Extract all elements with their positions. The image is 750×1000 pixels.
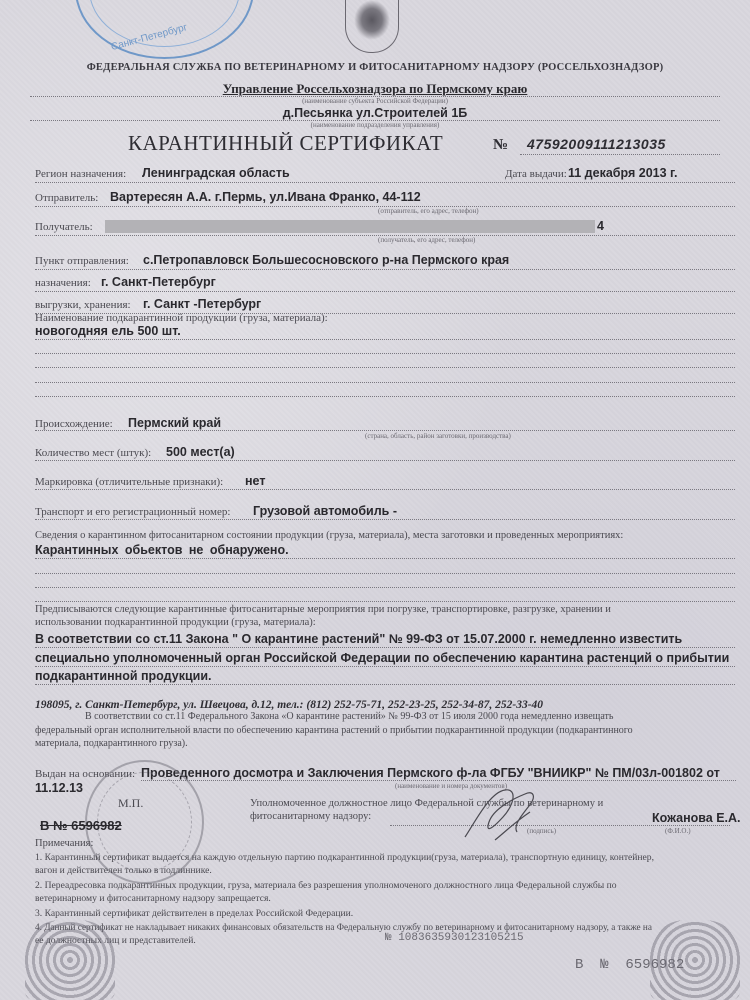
divider: [35, 684, 735, 685]
condition-label: Сведения о карантинном фитосанитарном со…: [35, 530, 623, 541]
origin-caption: (страна, область, район заготовки, произ…: [365, 432, 511, 440]
divider: [35, 182, 735, 183]
law-text-line1: В соответствии со ст.11 Федерального Зак…: [85, 711, 613, 722]
sender-label: Отправитель:: [35, 192, 98, 204]
sender-caption: (отправитель, его адрес, телефон): [378, 207, 479, 215]
coat-of-arms-icon: [345, 0, 399, 53]
document-title: КАРАНТИННЫЙ СЕРТИФИКАТ: [128, 131, 443, 156]
measures-value-line1: В соответствии со ст.11 Закона " О каран…: [35, 632, 682, 646]
law-text-line2: федеральный орган исполнительной власти …: [35, 725, 633, 736]
note-line: 3. Карантинный сертификат действителен в…: [35, 908, 353, 919]
basis-value-line1: Проведенного досмотра и Заключения Пермс…: [141, 766, 720, 780]
divider: [35, 353, 735, 354]
divider: [520, 154, 720, 155]
unloading-label: выгрузки, хранения:: [35, 299, 131, 311]
sender-value: Вартересян А.А. г.Пермь, ул.Ивана Франко…: [110, 190, 421, 204]
divider: [35, 647, 735, 648]
subdivision-caption: (наименование подразделения управления): [0, 121, 750, 129]
official-line1: Уполномоченное должностное лицо Федераль…: [250, 798, 603, 809]
ornament-icon: [25, 920, 115, 1000]
serial-number: № 1083635930123105215: [385, 932, 524, 944]
product-value: новогодняя ель 500 шт.: [35, 324, 181, 338]
note-line: 1. Карантинный сертификат выдается на ка…: [35, 852, 654, 863]
measures-value-line3: подкарантинной продукции.: [35, 669, 211, 683]
quantity-label: Количество мест (штук):: [35, 447, 151, 459]
transport-value: Грузовой автомобиль -: [253, 504, 397, 518]
quantity-value: 500 мест(а): [166, 445, 235, 459]
unloading-value: г. Санкт -Петербург: [143, 297, 261, 311]
divider: [35, 460, 735, 461]
divider: [35, 666, 735, 667]
region-value: Ленинградская область: [142, 166, 290, 180]
issue-date-label: Дата выдачи:: [505, 168, 567, 180]
region-label: Регион назначения:: [35, 168, 126, 180]
measures-value-line2: специально уполномоченный орган Российск…: [35, 651, 729, 665]
divider: [35, 339, 735, 340]
note-line: 2. Переадресовка подкарантинных продукци…: [35, 880, 617, 891]
note-line: вагон и действителен только в подлиннике…: [35, 865, 212, 876]
recipient-label: Получатель:: [35, 221, 93, 233]
address-stamp: 198095, г. Санкт-Петербург, ул. Швецова,…: [35, 699, 543, 711]
form-number-stamp: В № 6596982: [40, 818, 122, 833]
official-name: Кожанова Е.А.: [652, 811, 741, 825]
recipient-caption: (получатель, его адрес, телефон): [378, 236, 475, 244]
subdivision-address: д.Песьянка ул.Строителей 1Б: [0, 106, 750, 120]
recipient-tail: 4: [597, 219, 604, 233]
signature-icon: [455, 782, 550, 847]
agency-name: ФЕДЕРАЛЬНАЯ СЛУЖБА ПО ВЕТЕРИНАРНОМУ И ФИ…: [0, 62, 750, 73]
origin-value: Пермский край: [128, 416, 221, 430]
divider: [35, 601, 735, 602]
basis-value-line2: 11.12.13: [35, 781, 83, 795]
seal-place-label: М.П.: [118, 796, 143, 811]
measures-label-line2: использовании подкарантинной продукции (…: [35, 617, 316, 628]
name-caption: (Ф.И.О.): [665, 827, 691, 835]
issue-date-value: 11 декабря 2013 г.: [568, 166, 677, 180]
divider: [35, 291, 735, 292]
divider: [35, 558, 735, 559]
divider: [390, 825, 730, 826]
marking-label: Маркировка (отличительные признаки):: [35, 476, 223, 488]
origin-label: Происхождение:: [35, 418, 113, 430]
recipient-redacted: [105, 220, 595, 233]
department-caption: (наименование субъекта Российской Федера…: [0, 97, 750, 105]
marking-value: нет: [245, 474, 265, 488]
transport-label: Транспорт и его регистрационный номер:: [35, 506, 230, 518]
product-label: Наименование подкарантинной продукции (г…: [35, 312, 328, 324]
certificate-number: 47592009111213035: [527, 136, 666, 152]
divider: [35, 396, 735, 397]
ornament-icon: [650, 920, 740, 1000]
divider: [35, 269, 735, 270]
certificate-number-label: №: [493, 137, 508, 154]
note-line: 4. Данный сертификат не накладывает ника…: [35, 922, 652, 932]
divider: [35, 587, 735, 588]
notes-title: Примечания:: [35, 838, 93, 849]
law-text-line3: материала, подкарантинного груза).: [35, 738, 188, 749]
divider: [35, 382, 735, 383]
note-line: ветеринарному и фитосанитарному надзору …: [35, 893, 271, 904]
departure-value: с.Петропавловск Большесосновского р-на П…: [143, 253, 509, 267]
divider: [35, 367, 735, 368]
divider: [35, 573, 735, 574]
divider: [35, 489, 735, 490]
department-name: Управление Россельхознадзора по Пермском…: [0, 81, 750, 97]
divider: [35, 519, 735, 520]
divider: [141, 780, 736, 781]
condition-value: Карантинных обьектов не обнаружено.: [35, 543, 289, 557]
divider: [35, 430, 735, 431]
measures-label-line1: Предписываются следующие карантинные фит…: [35, 604, 611, 615]
destination-label: назначения:: [35, 277, 91, 289]
destination-value: г. Санкт-Петербург: [101, 275, 216, 289]
departure-label: Пункт отправления:: [35, 255, 129, 267]
official-line2: фитосанитарному надзору:: [250, 811, 371, 822]
